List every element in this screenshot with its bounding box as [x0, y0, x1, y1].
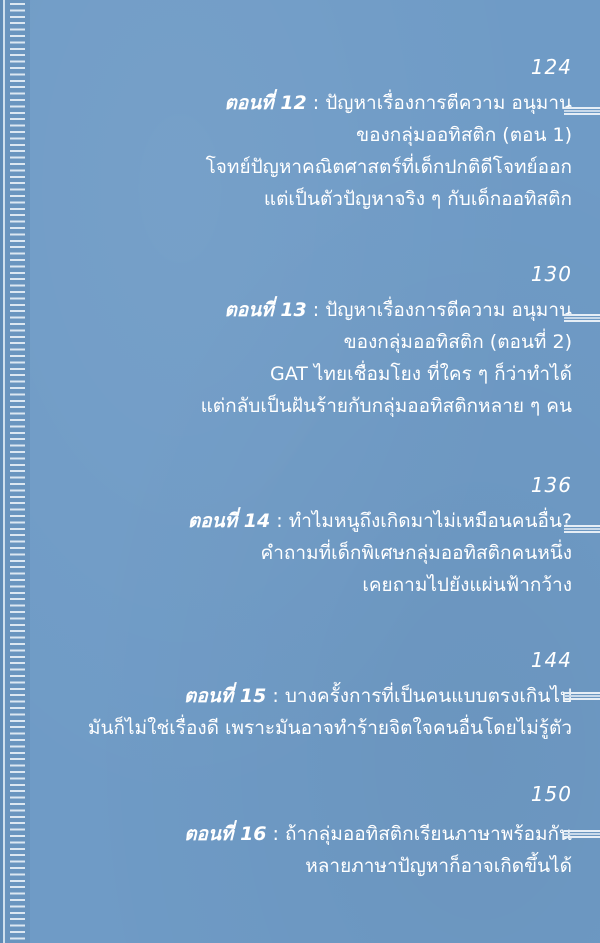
episode-label: ตอนที่ 13 — [224, 299, 306, 321]
entry-text: ตอนที่ 14 : ทำไมหนูถึงเกิดมาไม่เหมือนคนอ… — [188, 505, 572, 601]
entry-subtitle-line: ของกลุ่มออทิสติก (ตอนที่ 2) — [201, 326, 572, 358]
entry-subtitle-line: ของกลุ่มออทิสติก (ตอน 1) — [206, 119, 572, 151]
separator: : — [307, 92, 325, 114]
decorative-lines — [564, 525, 600, 534]
entry-title-line[interactable]: ตอนที่ 13 : ปัญหาเรื่องการตีความ อนุมาน — [201, 294, 572, 326]
page-number: 136 — [531, 473, 572, 497]
separator: : — [307, 299, 325, 321]
entry-subtitle-line: แต่กลับเป็นฝันร้ายกับกลุ่มออทิสติกหลาย ๆ… — [201, 390, 572, 422]
page-number: 130 — [531, 262, 572, 286]
entry-subtitle-line: แต่เป็นตัวปัญหาจริง ๆ กับเด็กออทิสติก — [206, 183, 572, 215]
entry-text: ตอนที่ 13 : ปัญหาเรื่องการตีความ อนุมาน … — [201, 294, 572, 422]
episode-label: ตอนที่ 15 — [184, 685, 266, 707]
entry-text: ตอนที่ 15 : บางครั้งการที่เป็นคนแบบตรงเก… — [88, 680, 572, 744]
entry-title: ทำไมหนูถึงเกิดมาไม่เหมือนคนอื่น? — [289, 510, 572, 532]
entry-title: บางครั้งการที่เป็นคนแบบตรงเกินไป — [285, 685, 572, 707]
entry-text: ตอนที่ 12 : ปัญหาเรื่องการตีความ อนุมาน … — [206, 87, 572, 215]
decorative-lines — [564, 314, 600, 323]
entry-title: ถ้ากลุ่มออทิสติกเรียนภาษาพร้อมกัน — [285, 823, 572, 845]
separator: : — [266, 685, 284, 707]
separator: : — [270, 510, 288, 532]
decorative-lines — [564, 692, 600, 701]
entry-title: ปัญหาเรื่องการตีความ อนุมาน — [325, 299, 572, 321]
table-of-contents: 124 ตอนที่ 12 : ปัญหาเรื่องการตีความ อนุ… — [0, 0, 600, 943]
decorative-lines — [564, 830, 600, 839]
page-number: 150 — [531, 782, 572, 806]
entry-text: ตอนที่ 16 : ถ้ากลุ่มออทิสติกเรียนภาษาพร้… — [184, 818, 572, 882]
episode-label: ตอนที่ 12 — [224, 92, 306, 114]
entry-title-line[interactable]: ตอนที่ 14 : ทำไมหนูถึงเกิดมาไม่เหมือนคนอ… — [188, 505, 572, 537]
entry-title-line[interactable]: ตอนที่ 16 : ถ้ากลุ่มออทิสติกเรียนภาษาพร้… — [184, 818, 572, 850]
entry-title: ปัญหาเรื่องการตีความ อนุมาน — [325, 92, 572, 114]
entry-title-line[interactable]: ตอนที่ 15 : บางครั้งการที่เป็นคนแบบตรงเก… — [88, 680, 572, 712]
entry-subtitle-line: เคยถามไปยังแผ่นฟ้ากว้าง — [188, 569, 572, 601]
episode-label: ตอนที่ 16 — [184, 823, 266, 845]
decorative-lines — [564, 107, 600, 116]
page-number: 124 — [531, 55, 572, 79]
entry-title-line[interactable]: ตอนที่ 12 : ปัญหาเรื่องการตีความ อนุมาน — [206, 87, 572, 119]
entry-subtitle-line: มันก็ไม่ใช่เรื่องดี เพราะมันอาจทำร้ายจิต… — [88, 712, 572, 744]
separator: : — [267, 823, 285, 845]
entry-subtitle-line: คำถามที่เด็กพิเศษกลุ่มออทิสติกคนหนึ่ง — [188, 537, 572, 569]
page-number: 144 — [531, 648, 572, 672]
entry-subtitle-line: โจทย์ปัญหาคณิตศาสตร์ที่เด็กปกติดีโจทย์ออ… — [206, 151, 572, 183]
entry-subtitle-line: GAT ไทยเชื่อมโยง ที่ใคร ๆ ก็ว่าทำได้ — [201, 358, 572, 390]
entry-subtitle-line: หลายภาษาปัญหาก็อาจเกิดขึ้นได้ — [184, 850, 572, 882]
episode-label: ตอนที่ 14 — [188, 510, 270, 532]
